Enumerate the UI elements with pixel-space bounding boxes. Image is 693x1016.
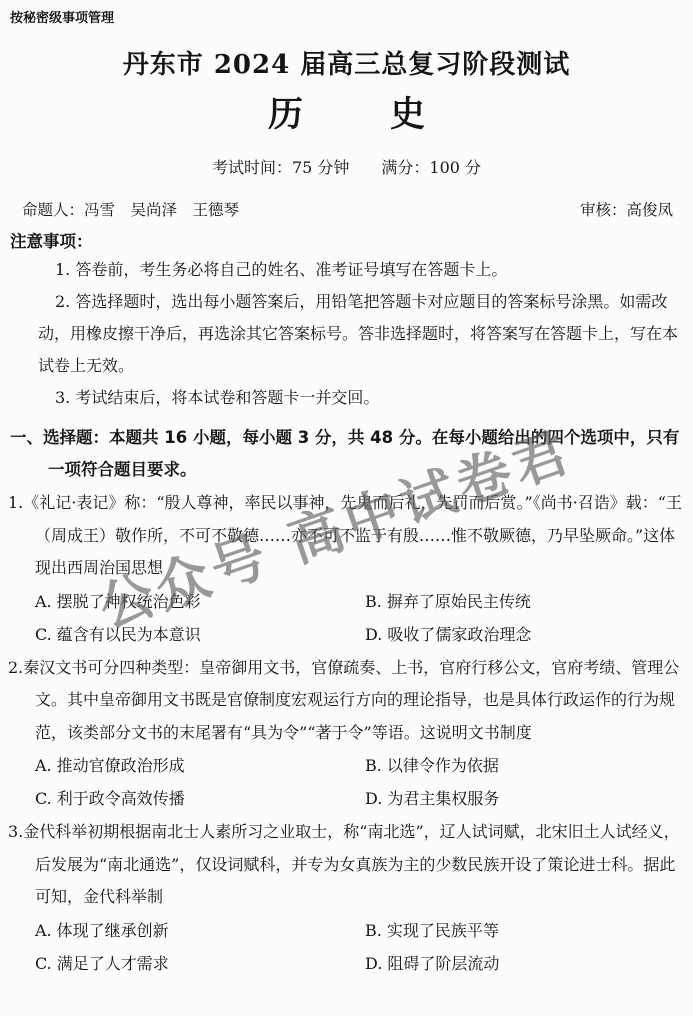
option-c-text: 满足了人才需求 [57,954,169,973]
option-b-label: B. [365,756,382,775]
option-d-label: D. [365,789,382,808]
option-a-text: 摆脱了神权统治色彩 [57,592,201,611]
option-b-text: 实现了民族平等 [387,921,499,940]
option-d-text: 为君主集权服务 [387,789,499,808]
option-b-text: 以律令作为依据 [387,756,499,775]
option-b-text: 摒弃了原始民主传统 [387,592,531,611]
question-3-option-b: B.实现了民族平等 [365,914,687,947]
question-3-stem: 3.金代科举初期根据南北士人素所习之业取士，称“南北选”，辽人试词赋，北宋旧土人… [8,816,687,914]
option-d-text: 吸收了儒家政治理念 [387,625,531,644]
question-3-text: 金代科举初期根据南北士人素所习之业取士，称“南北选”，辽人试词赋，北宋旧土人试经… [23,822,679,906]
question-2-option-c: C.利于政令高效传播 [35,782,365,815]
question-1-stem: 1.《礼记·表记》称：“殷人尊神，率民以事神，先鬼而后礼，先罚而后赏。”《尚书·… [8,487,687,585]
option-a-text: 推动官僚政治形成 [57,756,185,775]
question-1-text: 《礼记·表记》称：“殷人尊神，率民以事神，先鬼而后礼，先罚而后赏。”《尚书·召诰… [23,493,682,577]
question-1: 1.《礼记·表记》称：“殷人尊神，率民以事神，先鬼而后礼，先罚而后赏。”《尚书·… [8,487,687,651]
setters-reviewer-row: 命题人：冯雪 吴尚泽 王德琴 审核：高俊凤 [22,198,673,220]
question-2-text: 秦汉文书可分四种类型：皇帝御用文书，官僚疏奏、上书，官府行移公文，官府考绩、管理… [23,658,679,742]
question-3: 3.金代科举初期根据南北士人素所习之业取士，称“南北选”，辽人试词赋，北宋旧土人… [8,816,687,980]
question-3-option-d: D.阻碍了阶层流动 [365,947,687,980]
question-2-option-d: D.为君主集权服务 [365,782,687,815]
option-a-label: A. [35,756,52,775]
question-2-stem: 2.秦汉文书可分四种类型：皇帝御用文书，官僚疏奏、上书，官府行移公文，官府考绩、… [8,652,687,750]
question-1-option-c: C.蕴含有以民为本意识 [35,618,365,651]
option-a-text: 体现了继承创新 [57,921,169,940]
question-3-option-c: C.满足了人才需求 [35,947,365,980]
question-1-options: A.摆脱了神权统治色彩 B.摒弃了原始民主传统 C.蕴含有以民为本意识 D.吸收… [8,585,687,651]
option-c-label: C. [35,789,52,808]
option-a-label: A. [35,921,52,940]
question-3-options: A.体现了继承创新 B.实现了民族平等 C.满足了人才需求 D.阻碍了阶层流动 [8,914,687,980]
option-b-label: B. [365,592,382,611]
option-a-label: A. [35,592,52,611]
question-2: 2.秦汉文书可分四种类型：皇帝御用文书，官僚疏奏、上书，官府行移公文，官府考绩、… [8,652,687,816]
question-2-number: 2. [8,658,23,677]
option-c-label: C. [35,954,52,973]
option-d-label: D. [365,954,382,973]
notice-item-3: 3. 考试结束后，将本试卷和答题卡一并交回。 [38,382,681,414]
question-3-option-a: A.体现了继承创新 [35,914,365,947]
subject-title: 历 史 [0,87,693,137]
question-1-option-d: D.吸收了儒家政治理念 [365,618,687,651]
notice-heading: 注意事项： [10,228,693,252]
setters-line: 命题人：冯雪 吴尚泽 王德琴 [22,198,239,220]
option-d-label: D. [365,625,382,644]
question-3-number: 3. [8,822,23,841]
option-c-text: 利于政令高效传播 [57,789,185,808]
option-c-text: 蕴含有以民为本意识 [57,625,201,644]
notice-list: 1. 答卷前，考生务必将自己的姓名、准考证号填写在答题卡上。 2. 答选择题时，… [38,254,681,414]
question-2-option-a: A.推动官僚政治形成 [35,749,365,782]
security-classification-note: 按秘密级事项管理 [10,7,114,26]
notice-item-1: 1. 答卷前，考生务必将自己的姓名、准考证号填写在答题卡上。 [38,254,681,286]
question-1-number: 1. [8,493,23,512]
option-c-label: C. [35,625,52,644]
reviewer-line: 审核：高俊凤 [580,198,673,220]
time-score-line: 考试时间：75 分钟 满分：100 分 [0,155,693,178]
section-one-heading: 一、选择题：本题共 16 小题，每小题 3 分，共 48 分。在每小题给出的四个… [10,422,687,486]
question-2-options: A.推动官僚政治形成 B.以律令作为依据 C.利于政令高效传播 D.为君主集权服… [8,749,687,815]
question-2-option-b: B.以律令作为依据 [365,749,687,782]
question-1-option-b: B.摒弃了原始民主传统 [365,585,687,618]
notice-item-2: 2. 答选择题时，选出每小题答案后，用铅笔把答题卡对应题目的答案标号涂黑。如需改… [38,286,681,382]
option-d-text: 阻碍了阶层流动 [387,954,499,973]
option-b-label: B. [365,921,382,940]
question-1-option-a: A.摆脱了神权统治色彩 [35,585,365,618]
paper-header: 丹东市 2024 届高三总复习阶段测试 历 史 考试时间：75 分钟 满分：10… [0,0,693,178]
